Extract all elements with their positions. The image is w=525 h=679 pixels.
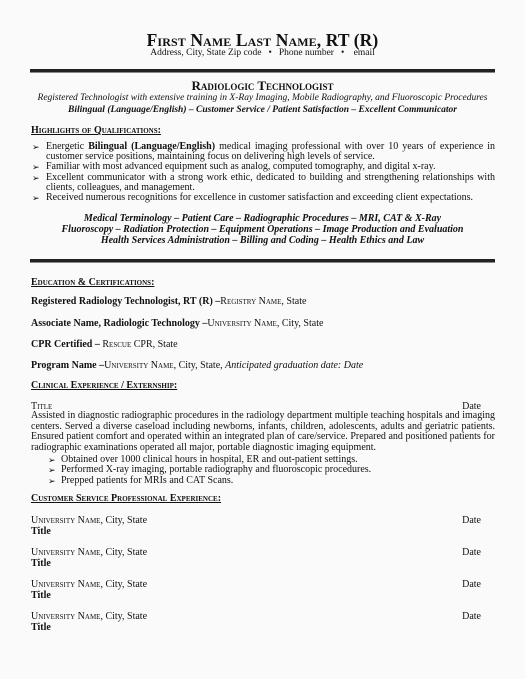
bullet-text: Prepped patients for MRIs and CAT Scans. [61, 475, 233, 486]
employer-name: University Name [31, 515, 100, 526]
institution-name: University Name [207, 318, 276, 329]
contact-line: Address, City, State Zip code•Phone numb… [0, 48, 525, 59]
employer-location: , City, State [100, 515, 147, 526]
arrow-bullet-icon: ➢ [32, 142, 40, 152]
job-title: Title [31, 622, 51, 633]
job-title: Title [31, 590, 51, 601]
list-item: ➢Prepped patients for MRIs and CAT Scans… [46, 476, 486, 486]
role-title: Radiologic Technologist [0, 79, 525, 93]
credential-name: Registered Radiology Technologist, RT (R… [31, 296, 220, 307]
contact-address: Address, City, State Zip code [150, 48, 261, 58]
institution-name: Rescue [102, 339, 131, 350]
list-item: ➢Received numerous recognitions for exce… [30, 193, 495, 203]
candidate-name: First Name Last Name, RT (R) [0, 31, 525, 49]
education-entry: CPR Certified – Rescue CPR, State [31, 339, 178, 350]
job-date: Date [462, 611, 481, 622]
section-heading-education: Education & Certifications: [31, 277, 154, 288]
employer-location: , City, State [100, 579, 147, 590]
institution-name: University Name [104, 360, 173, 371]
job-row: University Name, City, State Date [31, 579, 481, 590]
employer-name: University Name [31, 579, 100, 590]
job-row: University Name, City, State Date [31, 515, 481, 526]
arrow-bullet-icon: ➢ [32, 162, 40, 172]
bullet-text: Excellent communicator with a strong wor… [46, 172, 495, 193]
contact-phone: Phone number [279, 48, 334, 58]
institution-location: , City, State [277, 318, 324, 329]
job-title: Title [31, 558, 51, 569]
list-item: ➢Energetic Bilingual (Language/English) … [30, 142, 495, 162]
section-heading-clinical: Clinical Experience / Externship: [31, 380, 177, 391]
arrow-bullet-icon: ➢ [32, 173, 40, 183]
institution-name: Registry Name [220, 296, 281, 307]
clinical-bullets: ➢Obtained over 1000 clinical hours in ho… [46, 455, 486, 486]
employer-location: , City, State [100, 611, 147, 622]
graduation-date: Anticipated graduation date: Date [225, 360, 363, 371]
job-title: Title [31, 526, 51, 537]
credential-name: Program Name – [31, 360, 104, 371]
job-date: Date [462, 579, 481, 590]
employer-name: University Name [31, 547, 100, 558]
highlights-list: ➢Energetic Bilingual (Language/English) … [30, 142, 495, 203]
header-divider [30, 69, 495, 73]
arrow-bullet-icon: ➢ [32, 193, 40, 203]
job-date: Date [462, 547, 481, 558]
section-divider [30, 259, 495, 263]
employer-location: , City, State [100, 547, 147, 558]
credential-name: Associate Name, Radiologic Technology – [31, 318, 207, 329]
arrow-bullet-icon: ➢ [48, 465, 56, 475]
employer-name: University Name [31, 611, 100, 622]
section-heading-highlights: Highlights of Qualifications: [31, 125, 161, 136]
list-item: ➢Excellent communicator with a strong wo… [30, 173, 495, 193]
institution-location: CPR, State [131, 339, 177, 350]
contact-email: email [354, 48, 375, 58]
job-row: University Name, City, State Date [31, 611, 481, 622]
summary-tagline: Registered Technologist with extensive t… [0, 93, 525, 104]
separator-dot-icon: • [341, 48, 344, 59]
arrow-bullet-icon: ➢ [48, 476, 56, 486]
clinical-description: Assisted in diagnostic radiographic proc… [31, 411, 495, 453]
institution-location: , City, State, [174, 360, 226, 371]
job-date: Date [462, 515, 481, 526]
arrow-bullet-icon: ➢ [48, 455, 56, 465]
section-heading-customer-service: Customer Service Professional Experience… [31, 493, 221, 504]
credential-name: CPR Certified – [31, 339, 102, 350]
resume-page: First Name Last Name, RT (R) Address, Ci… [0, 0, 525, 679]
institution-location: , State [281, 296, 306, 307]
separator-dot-icon: • [268, 48, 271, 59]
bullet-text: Received numerous recognitions for excel… [46, 192, 473, 203]
education-entry: Program Name –University Name, City, Sta… [31, 360, 363, 371]
education-entry: Registered Radiology Technologist, RT (R… [31, 296, 306, 307]
summary-strengths: Bilingual (Language/English) – Customer … [0, 105, 525, 116]
skills-line: Health Services Administration – Billing… [0, 236, 525, 247]
job-row: University Name, City, State Date [31, 547, 481, 558]
education-entry: Associate Name, Radiologic Technology –U… [31, 318, 323, 329]
